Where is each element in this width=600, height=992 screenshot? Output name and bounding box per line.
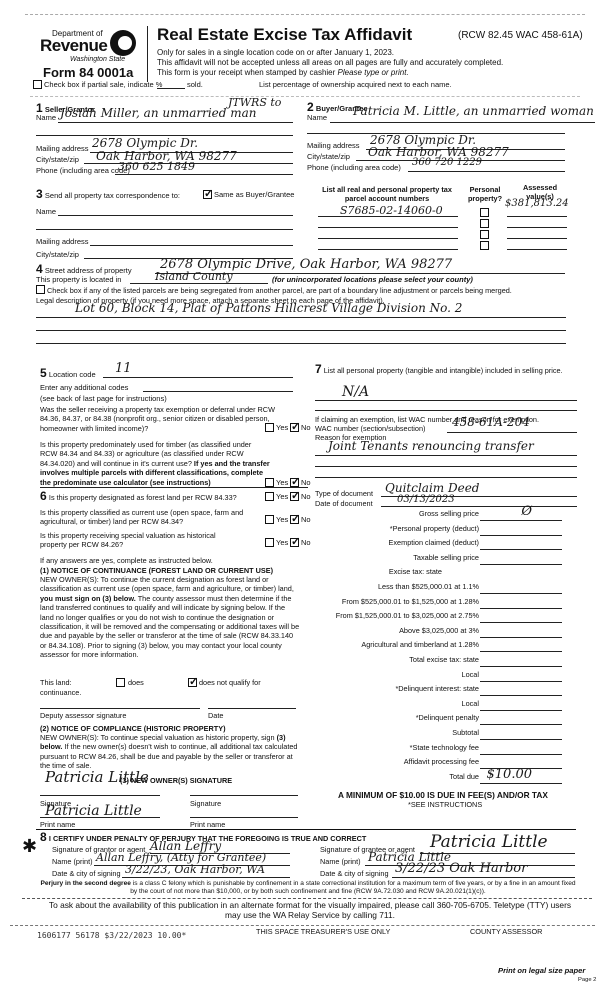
does-not-qualify-checkbox[interactable] bbox=[188, 678, 197, 687]
q-forest-yes-checkbox[interactable] bbox=[265, 492, 274, 501]
tax-row-label: *Delinquent penalty bbox=[416, 713, 479, 722]
tax-row-field[interactable] bbox=[480, 681, 562, 682]
tax-row: Exemption claimed (deduct) bbox=[300, 538, 562, 551]
yes-label: Yes bbox=[276, 478, 288, 487]
tax-row-field[interactable] bbox=[480, 520, 562, 521]
see-instructions: *SEE INSTRUCTIONS bbox=[408, 800, 482, 809]
deputy-date-label: Date bbox=[208, 711, 223, 720]
wac-field[interactable]: 458-61A-204 bbox=[452, 415, 530, 429]
new-owner-signature-field[interactable]: Patricia Little bbox=[45, 768, 149, 786]
tax-row-label: *Personal property (deduct) bbox=[390, 524, 479, 533]
buyer-phone-field[interactable]: 360 720 1229 bbox=[412, 157, 482, 168]
revenue-logo-text: Revenue bbox=[40, 36, 107, 56]
buyer-name-label: Name bbox=[307, 113, 327, 122]
this-land-label: This land: bbox=[40, 678, 72, 687]
tax-row-label: Exemption claimed (deduct) bbox=[389, 538, 479, 547]
doc-date-label: Date of document bbox=[315, 499, 373, 508]
tax-row-label: From $525,000.01 to $1,525,000 at 1.28% bbox=[342, 597, 479, 606]
title-ref: (RCW 82.45 WAC 458-61A) bbox=[458, 30, 583, 41]
parcel-assessed-field[interactable] bbox=[507, 238, 567, 239]
does-not-label: does not qualify for bbox=[199, 678, 261, 687]
if-yes-note: If any answers are yes, complete as inst… bbox=[40, 556, 213, 565]
grantee-date-label: Date & city of signing bbox=[320, 869, 389, 878]
corr-name-field[interactable] bbox=[58, 215, 293, 216]
corr-name-label: Name bbox=[36, 207, 56, 216]
q-current-use-text: Is this property classified as current u… bbox=[40, 508, 260, 527]
tax-row-label: From $1,525,000.01 to $3,025,000 at 2.75… bbox=[336, 611, 479, 620]
tax-row-label: *State technology fee bbox=[410, 743, 479, 752]
print-name-field-2[interactable] bbox=[190, 817, 298, 818]
parcel-account-value: S7685-02-14060-0 bbox=[340, 204, 443, 217]
tax-row-label: Total excise tax: state bbox=[409, 655, 479, 664]
q-timber-yes-checkbox[interactable] bbox=[265, 478, 274, 487]
location-code-heading: 5 Location code bbox=[40, 366, 96, 380]
tax-row-label: Subtotal bbox=[452, 728, 479, 737]
print-note: Print on legal size paper bbox=[498, 966, 585, 975]
buyer-phone-label: Phone (including area code) bbox=[307, 163, 401, 172]
q-current-use-no-checkbox[interactable] bbox=[290, 515, 299, 524]
seller-name-field[interactable]: Josiah Miller, an unmarried man bbox=[60, 106, 257, 120]
perjury-divider bbox=[22, 898, 592, 899]
legal-desc-field[interactable]: Lot 60, Block 14, Plat of Pattons Hillcr… bbox=[75, 301, 462, 315]
correspondence-heading: 3 Send all property tax correspondence t… bbox=[36, 187, 180, 201]
does-label: does bbox=[128, 678, 144, 687]
new-owner-sig-line bbox=[40, 795, 160, 796]
grantee-date-line bbox=[392, 877, 575, 878]
seller-mailing-label: Mailing address bbox=[36, 144, 89, 153]
q-timber-text: Is this property predominately used for … bbox=[40, 440, 270, 487]
notice2-title: (2) NOTICE OF COMPLIANCE (HISTORIC PROPE… bbox=[40, 724, 226, 733]
receipt-stamp: 1606177 56178 $3/22/2023 10.00* bbox=[37, 931, 186, 940]
tax-row-field[interactable] bbox=[480, 754, 562, 755]
located-line bbox=[130, 283, 268, 284]
parcel-personal-checkbox[interactable] bbox=[480, 241, 489, 250]
assessor-label: COUNTY ASSESSOR bbox=[470, 927, 542, 936]
additional-codes-note: (see back of last page for instructions) bbox=[40, 394, 167, 403]
parcel-assessed-field[interactable] bbox=[507, 227, 567, 228]
asterisk-mark-icon: ✱ bbox=[22, 836, 37, 857]
tax-row-field[interactable] bbox=[480, 724, 562, 725]
q-exemption-no-checkbox[interactable] bbox=[290, 423, 299, 432]
tax-row-value: Ø bbox=[521, 504, 532, 519]
tax-row-field[interactable] bbox=[480, 666, 562, 667]
corr-name-line-2 bbox=[36, 229, 293, 230]
deputy-date-field[interactable] bbox=[208, 708, 296, 709]
tax-row-label: *Delinquent interest: state bbox=[395, 684, 479, 693]
seller-phone-field[interactable]: 360 625 1849 bbox=[118, 160, 195, 173]
corr-mailing-field[interactable] bbox=[90, 245, 293, 246]
grantor-date-line bbox=[122, 877, 290, 878]
partial-sale-percent-field[interactable] bbox=[157, 88, 185, 89]
scan-edge-2 bbox=[30, 96, 580, 97]
doc-date-line bbox=[381, 506, 577, 507]
tax-row: Agricultural and timberland at 1.28% bbox=[300, 640, 562, 653]
doc-type-field[interactable]: Quitclaim Deed bbox=[385, 481, 479, 495]
parcel-account-field[interactable] bbox=[318, 238, 458, 239]
header-divider bbox=[147, 26, 148, 82]
tax-row: *State technology fee bbox=[300, 743, 562, 756]
personal-property-field[interactable]: N/A bbox=[342, 384, 369, 400]
grantor-date-field[interactable]: 3/22/23, Oak Harbor, WA bbox=[125, 863, 265, 876]
state-label: Washington State bbox=[70, 56, 125, 63]
same-as-buyer-label: Same as Buyer/Grantee bbox=[214, 190, 294, 199]
tax-row: Excise tax: state bbox=[300, 567, 562, 580]
doc-date-field[interactable]: 03/13/2023 bbox=[397, 494, 455, 505]
print-name-label: Print name bbox=[40, 820, 75, 829]
tax-row: *Delinquent penalty bbox=[300, 713, 562, 726]
q-current-use-yes-checkbox[interactable] bbox=[265, 515, 274, 524]
tax-row-label: Gross selling price bbox=[419, 509, 479, 518]
page-title: Real Estate Excise Tax Affidavit bbox=[157, 25, 412, 45]
parcel-personal-header: Personal property? bbox=[464, 185, 506, 203]
q-forest: 6 Is this property designated as forest … bbox=[40, 489, 237, 503]
seller-phone-line bbox=[115, 174, 293, 175]
parcel-account-field[interactable] bbox=[318, 249, 458, 250]
corr-city-label: City/state/zip bbox=[36, 250, 79, 259]
grantee-signature-field[interactable]: Patricia Little bbox=[430, 832, 548, 852]
perjury-notice: Perjury in the second degree is a class … bbox=[38, 880, 578, 896]
minimum-notice: A MINIMUM OF $10.00 IS DUE IN FEE(S) AND… bbox=[338, 790, 548, 800]
tax-row: Local bbox=[300, 699, 562, 712]
tax-row-field[interactable] bbox=[480, 622, 562, 623]
reason-line-1 bbox=[315, 455, 577, 456]
reason-line-2 bbox=[315, 466, 577, 467]
reason-field[interactable]: Joint Tenants renouncing transfer bbox=[328, 439, 534, 453]
continuance-label: continuance. bbox=[40, 688, 81, 697]
location-code-field[interactable]: 11 bbox=[115, 361, 132, 376]
notice1-title: (1) NOTICE OF CONTINUANCE (FOREST LAND O… bbox=[40, 566, 273, 575]
grantee-date-field[interactable]: 3/22/23 Oak Harbor bbox=[395, 861, 527, 876]
tax-row: *Personal property (deduct) bbox=[300, 524, 562, 537]
location-code-line bbox=[103, 377, 293, 378]
ownership-note: List percentage of ownership acquired ne… bbox=[259, 80, 452, 89]
tax-row-field[interactable] bbox=[480, 564, 562, 565]
segregated-label: Check box if any of the listed parcels a… bbox=[47, 286, 512, 295]
does-qualify-checkbox[interactable] bbox=[116, 678, 125, 687]
q-historic-no-checkbox[interactable] bbox=[290, 538, 299, 547]
tax-row: *Delinquent interest: state bbox=[300, 684, 562, 697]
buyer-name-line bbox=[330, 122, 595, 123]
tax-row-field[interactable] bbox=[480, 710, 562, 711]
tax-row: From $525,000.01 to $1,525,000 at 1.28% bbox=[300, 597, 562, 610]
parcel-assessed-value: $381,813.24 bbox=[505, 198, 569, 209]
tax-row-field[interactable] bbox=[480, 549, 562, 550]
tax-row: From $1,525,000.01 to $3,025,000 at 2.75… bbox=[300, 611, 562, 624]
notice-line-1: Only for sales in a single location code… bbox=[157, 48, 394, 57]
tax-row: Taxable selling price bbox=[300, 553, 562, 566]
notice-line-3: This form is your receipt when stamped b… bbox=[157, 68, 409, 77]
tax-row-value: $10.00 bbox=[487, 767, 533, 782]
footer-divider bbox=[10, 925, 595, 926]
tax-row-field[interactable] bbox=[480, 593, 562, 594]
buyer-phone-line bbox=[408, 171, 565, 172]
additional-codes-label: Enter any additional codes bbox=[40, 383, 128, 392]
buyer-mailing-label: Mailing address bbox=[307, 141, 360, 150]
parcel-accounts-header: List all real and personal property tax … bbox=[312, 185, 462, 203]
accessibility-notice: To ask about the availability of this pu… bbox=[40, 901, 580, 920]
q-timber-no-checkbox[interactable] bbox=[290, 478, 299, 487]
tax-row: Local bbox=[300, 670, 562, 683]
additional-codes-field[interactable] bbox=[143, 391, 293, 392]
tax-row-field[interactable] bbox=[480, 695, 562, 696]
wac-label: WAC number (section/subsection) bbox=[315, 424, 425, 433]
tax-row-field[interactable] bbox=[480, 783, 562, 784]
q-exemption-yes-checkbox[interactable] bbox=[265, 423, 274, 432]
parcel-personal-checkbox[interactable] bbox=[480, 208, 489, 217]
seller-mailing-field[interactable]: 2678 Olympic Dr. bbox=[92, 136, 198, 150]
legal-line-3 bbox=[36, 343, 566, 344]
yes-label: Yes bbox=[276, 423, 288, 432]
tax-row-label: Taxable selling price bbox=[413, 553, 479, 562]
partial-sale-label: Check box if partial sale, indicate % bbox=[44, 80, 162, 89]
property-heading: 4 Street address of property bbox=[36, 262, 132, 276]
parcel-account-field[interactable] bbox=[318, 227, 458, 228]
located-label: This property is located in bbox=[36, 275, 121, 284]
parcel-personal-checkbox[interactable] bbox=[480, 219, 489, 228]
parcel-assessed-field[interactable] bbox=[507, 249, 567, 250]
tax-row-label: Agricultural and timberland at 1.28% bbox=[361, 640, 479, 649]
tax-row: Gross selling priceØ bbox=[300, 509, 562, 522]
seller-name-line bbox=[58, 122, 293, 123]
tax-row: Total excise tax: state bbox=[300, 655, 562, 668]
pp-line-2 bbox=[315, 410, 577, 411]
tax-row-field[interactable] bbox=[480, 651, 562, 652]
tax-row: Total due$10.00 bbox=[300, 772, 562, 785]
signature-label-2: Signature bbox=[190, 799, 221, 808]
tax-row-label: Total due bbox=[449, 772, 479, 781]
tax-row-label: Local bbox=[462, 670, 479, 679]
tax-row-field[interactable] bbox=[480, 535, 562, 536]
legal-line-1 bbox=[36, 317, 566, 318]
page-number: Page 2 bbox=[578, 977, 596, 983]
no-label: No bbox=[301, 478, 311, 487]
tax-row-label: Less than $525,000.01 at 1.1% bbox=[378, 582, 479, 591]
buyer-city-label: City/state/zip bbox=[307, 152, 350, 161]
print-name-line bbox=[40, 817, 160, 818]
notice-line-2: This affidavit will not be accepted unle… bbox=[157, 58, 503, 67]
q-exemption-text: Was the seller receiving a property tax … bbox=[40, 405, 290, 433]
no-label: No bbox=[301, 423, 311, 432]
wac-line bbox=[447, 432, 577, 433]
seller-city-label: City/state/zip bbox=[36, 155, 79, 164]
tax-row-field[interactable] bbox=[480, 608, 562, 609]
scan-edge-top bbox=[25, 14, 585, 15]
located-note: (for unincorporated locations please sel… bbox=[272, 275, 473, 284]
notice1-body: NEW OWNER(S): To continue the current de… bbox=[40, 575, 300, 660]
yes-label: Yes bbox=[276, 538, 288, 547]
grantor-name-label: Name (print) bbox=[52, 857, 93, 866]
parcel-assessed-field[interactable] bbox=[507, 216, 567, 217]
no-label: No bbox=[301, 492, 311, 501]
section5-divider bbox=[40, 487, 308, 488]
notice2-body: NEW OWNER(S): To continue special valuat… bbox=[40, 733, 300, 771]
buyer-name-field[interactable]: Patricia M. Little, an unmarried woman bbox=[353, 104, 594, 118]
segregated-checkbox[interactable] bbox=[36, 285, 45, 294]
parcel-personal-checkbox[interactable] bbox=[480, 230, 489, 239]
tax-row-label: Above $3,025,000 at 3% bbox=[399, 626, 479, 635]
print-name-label-2: Print name bbox=[190, 820, 225, 829]
tax-row-label: Local bbox=[462, 699, 479, 708]
legal-line-2 bbox=[36, 330, 566, 331]
tax-row-field[interactable] bbox=[480, 637, 562, 638]
grantor-date-label: Date & city of signing bbox=[52, 869, 121, 878]
tax-row-field[interactable] bbox=[480, 739, 562, 740]
grantee-name-label: Name (print) bbox=[320, 857, 361, 866]
tax-row-label: Excise tax: state bbox=[389, 567, 442, 576]
tax-row: Above $3,025,000 at 3% bbox=[300, 626, 562, 639]
partial-sale-checkbox[interactable] bbox=[33, 80, 42, 89]
partial-sale-sold: sold. bbox=[187, 80, 203, 89]
yes-label: Yes bbox=[276, 492, 288, 501]
personal-property-label: 7 List all personal property (tangible a… bbox=[315, 365, 580, 375]
tax-row: Subtotal bbox=[300, 728, 562, 741]
tax-row-label: Affidavit processing fee bbox=[404, 757, 479, 766]
deputy-signature-field[interactable] bbox=[40, 708, 200, 709]
located-field[interactable]: Island County bbox=[155, 270, 233, 283]
form-number: Form 84 0001a bbox=[43, 65, 133, 80]
pp-line-1 bbox=[315, 400, 577, 401]
seller-name-label: Name bbox=[36, 113, 56, 122]
doc-type-label: Type of document bbox=[315, 489, 373, 498]
deputy-label: Deputy assessor signature bbox=[40, 711, 126, 720]
treasurer-label: THIS SPACE TREASURER'S USE ONLY bbox=[256, 927, 390, 936]
yes-label: Yes bbox=[276, 515, 288, 524]
corr-mailing-label: Mailing address bbox=[36, 237, 89, 246]
q-historic-text: Is this property receiving special valua… bbox=[40, 531, 240, 550]
tax-row: Less than $525,000.01 at 1.1% bbox=[300, 582, 562, 595]
same-as-buyer-checkbox[interactable] bbox=[203, 190, 212, 199]
q-forest-no-checkbox[interactable] bbox=[290, 492, 299, 501]
new-owner-sig-field-2[interactable] bbox=[190, 795, 298, 796]
q-historic-yes-checkbox[interactable] bbox=[265, 538, 274, 547]
reason-line-3 bbox=[315, 477, 577, 478]
dor-logo-icon bbox=[110, 30, 136, 56]
